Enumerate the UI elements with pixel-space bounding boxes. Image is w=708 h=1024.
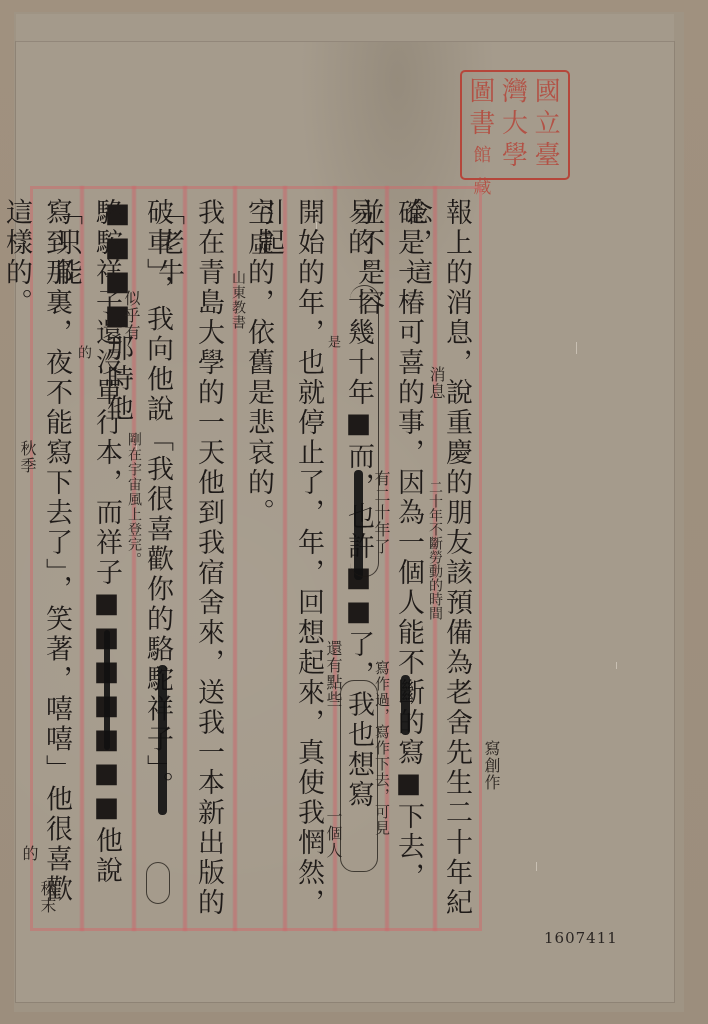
ink-strikethrough [158, 665, 167, 815]
margin-note: 秋季 [16, 440, 39, 474]
seal-char: 灣 [499, 76, 532, 108]
annotation: 有二十年了 [370, 470, 393, 555]
manuscript-column-6: 我在青島大學的一天他到我宿舍來，送我一本新出版的「老牛 [188, 198, 228, 921]
seal-char: 圖 [466, 76, 499, 108]
annotation: 二十年不斷勞動的時間 [425, 480, 445, 620]
correction-circle [146, 862, 170, 904]
archive-number: 1607411 [544, 929, 618, 947]
annotation: 山東教書 [228, 270, 248, 330]
seal-char: 臺 [531, 140, 564, 204]
annotation: 似乎有 [120, 290, 143, 341]
annotation: 寫作過，寫作下去，可見 [372, 660, 393, 836]
annotation: 還有點些 [322, 640, 345, 708]
seal-char: 書 [466, 108, 499, 140]
seal-char: 立 [531, 108, 564, 140]
annotation: 的 [74, 345, 94, 360]
ink-strikethrough [401, 675, 410, 735]
paper-top-strip [16, 14, 674, 45]
manuscript-column-9: 寫到那裏，夜不能寫下去了」，笑著，嘻嘻」他很喜歡這樣的。 [36, 198, 76, 921]
manuscript-grid: 報上的消息，說重慶的朋友該預備為老舍先生二十年紀念，這 確是一椿可喜的事，因為一… [30, 186, 482, 931]
margin-note: 的 [18, 845, 41, 862]
annotation: 剛在宇宙風上登完。 [124, 432, 144, 567]
annotation: 寫創作 [480, 740, 503, 791]
seal-char: 學 [499, 140, 532, 204]
grid-rule [80, 186, 84, 931]
annotation: 消息 [425, 366, 448, 400]
annotation: 一個人 [322, 808, 345, 859]
seal-char: 大 [499, 108, 532, 140]
seal-char: 國 [531, 76, 564, 108]
annotation: 是 [323, 335, 342, 349]
grid-rule [283, 186, 287, 931]
margin-note: 秋末 [36, 880, 59, 914]
ink-strikethrough [104, 630, 110, 750]
manuscript-column-2: 確是一椿可喜的事，因為一個人能不斷的寫■下去，並不是容 [388, 198, 428, 921]
grid-rule [183, 186, 187, 931]
library-seal: 國 立 臺 灣 大 學 圖 書 館藏 [460, 70, 570, 180]
